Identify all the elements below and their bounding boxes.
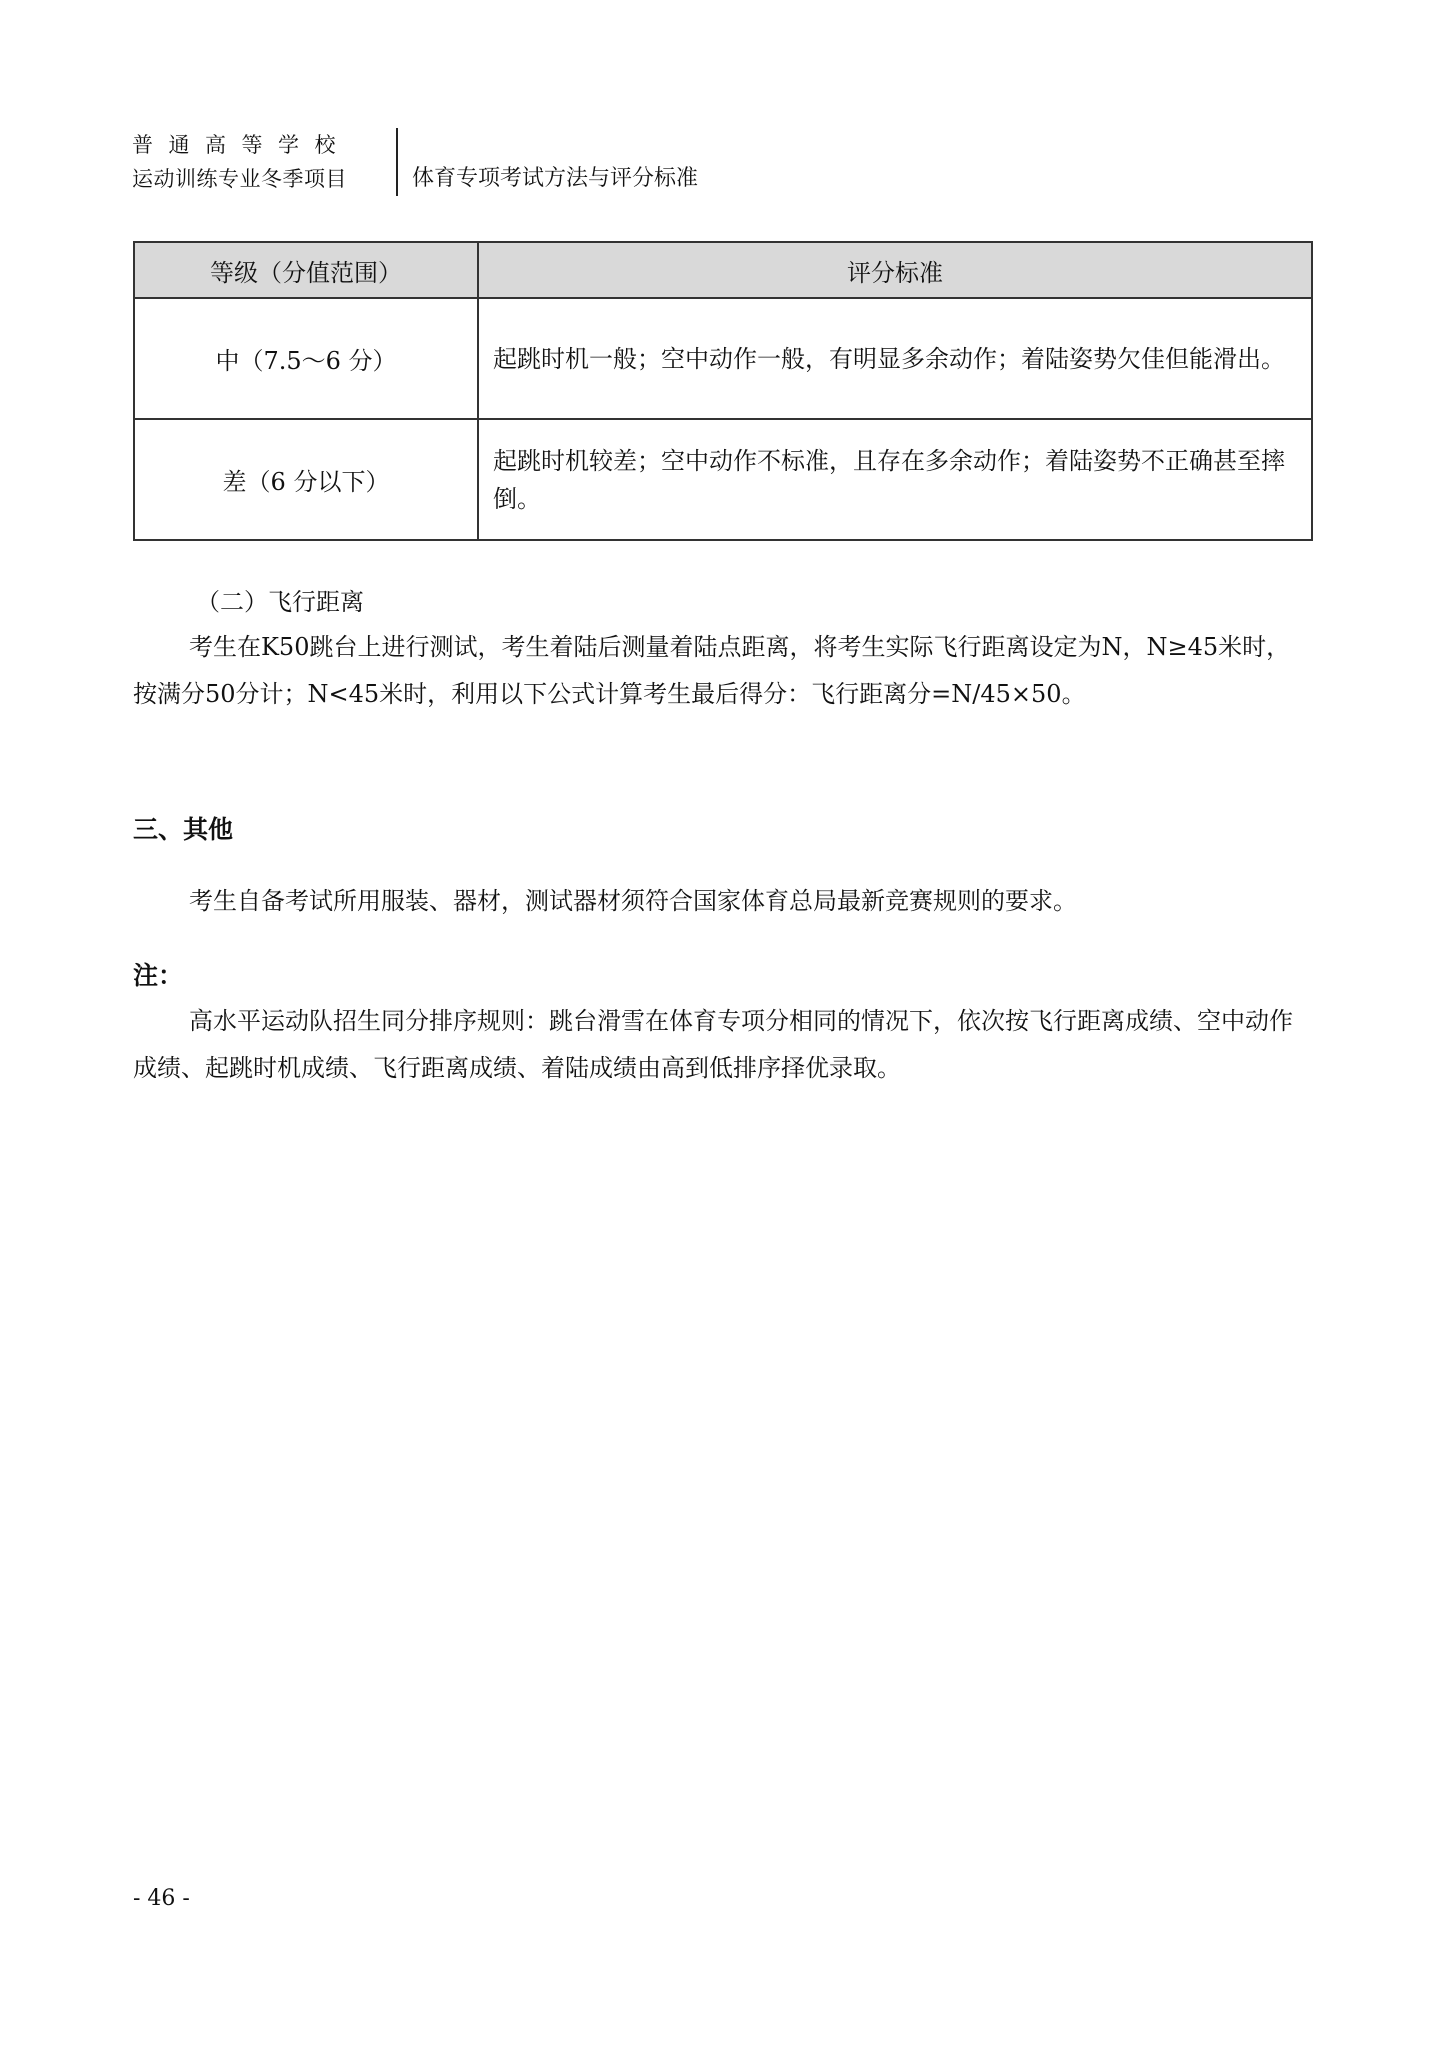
- grade-cell: 差（6 分以下）: [134, 419, 478, 540]
- table-header-row: 等级（分值范围） 评分标准: [134, 242, 1312, 298]
- flight-distance-heading: （二）飞行距离: [196, 582, 364, 617]
- column-header-grade: 等级（分值范围）: [134, 242, 478, 298]
- header-institution: 普通高等学校 运动训练专业冬季项目: [132, 128, 388, 196]
- note-body: 高水平运动队招生同分排序规则：跳台滑雪在体育专项分相同的情况下，依次按飞行距离成…: [133, 998, 1313, 1092]
- other-section-body: 考生自备考试所用服装、器材，测试器材须符合国家体育总局最新竞赛规则的要求。: [133, 878, 1313, 925]
- header-title: 体育专项考试方法与评分标准: [412, 161, 698, 192]
- header-line-2: 运动训练专业冬季项目: [132, 162, 388, 196]
- column-header-criteria: 评分标准: [478, 242, 1312, 298]
- running-header: 普通高等学校 运动训练专业冬季项目 体育专项考试方法与评分标准: [132, 128, 698, 196]
- criteria-cell: 起跳时机一般；空中动作一般，有明显多余动作；着陆姿势欠佳但能滑出。: [478, 298, 1312, 419]
- flight-distance-body: 考生在K50跳台上进行测试，考生着陆后测量着陆点距离，将考生实际飞行距离设定为N…: [133, 624, 1313, 718]
- table-row: 差（6 分以下） 起跳时机较差；空中动作不标准，且存在多余动作；着陆姿势不正确甚…: [134, 419, 1312, 540]
- criteria-cell: 起跳时机较差；空中动作不标准，且存在多余动作；着陆姿势不正确甚至摔倒。: [478, 419, 1312, 540]
- grading-table: 等级（分值范围） 评分标准 中（7.5～6 分） 起跳时机一般；空中动作一般，有…: [133, 241, 1313, 541]
- other-section-heading: 三、其他: [133, 810, 233, 846]
- note-heading: 注：: [133, 956, 183, 992]
- table-row: 中（7.5～6 分） 起跳时机一般；空中动作一般，有明显多余动作；着陆姿势欠佳但…: [134, 298, 1312, 419]
- page-number: - 46 -: [133, 1886, 190, 1911]
- header-divider: [396, 128, 398, 196]
- grade-cell: 中（7.5～6 分）: [134, 298, 478, 419]
- header-line-1: 普通高等学校: [132, 128, 388, 162]
